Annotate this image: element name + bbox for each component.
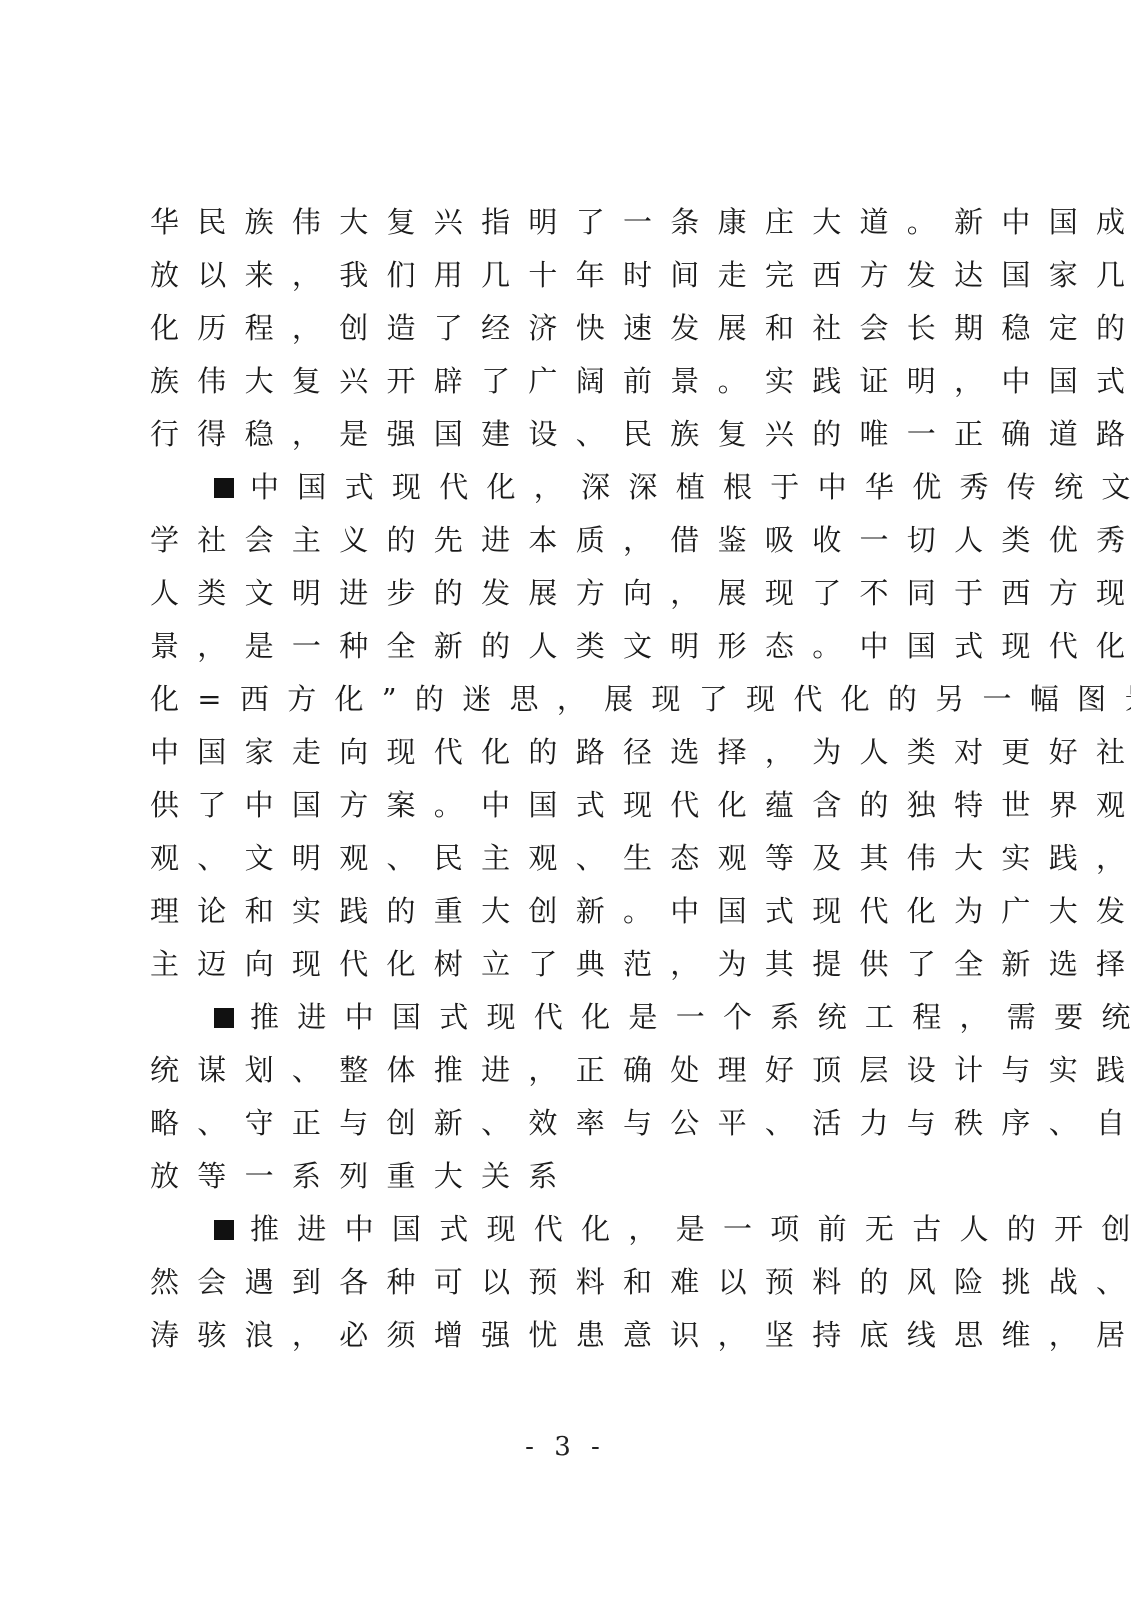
- black-square-icon: [214, 1220, 234, 1240]
- text-line: 族伟大复兴开辟了广阔前景。实践证明，中国式现代化走得通、: [150, 355, 972, 408]
- text-line-first: 中国式现代化，深深植根于中华优秀传统文化，体现科: [150, 461, 972, 514]
- text-line: 理论和实践的重大创新。中国式现代化为广大发展中国家独立自: [150, 885, 972, 938]
- text-line: 供了中国方案。中国式现代化蕴含的独特世界观、价值观、历史: [150, 779, 972, 832]
- text-line: 人类文明进步的发展方向，展现了不同于西方现代化模式的新图: [150, 567, 972, 620]
- page-number: - 3 -: [0, 1432, 1131, 1462]
- text-line: 中国家走向现代化的路径选择，为人类对更好社会制度的探索提: [150, 726, 972, 779]
- text-line: 放以来，我们用几十年时间走完西方发达国家几百年走过的工业: [150, 249, 972, 302]
- text-line: 放等一系列重大关系: [150, 1150, 972, 1203]
- text-line: 化历程，创造了经济快速发展和社会长期稳定的奇迹，为中华民: [150, 302, 972, 355]
- text-line: 然会遇到各种可以预料和难以预料的风险挑战、艰难险阻甚至惊: [150, 1256, 972, 1309]
- paragraph-3: 推进中国式现代化是一个系统工程，需要统筹兼顾、系 统谋划、整体推进，正确处理好顶…: [150, 991, 972, 1203]
- text-line: 中国式现代化，深深植根于中华优秀传统文化，体现科: [250, 470, 1131, 504]
- text-line: 略、守正与创新、效率与公平、活力与秩序、自立自强与对外开: [150, 1097, 972, 1150]
- text-line: 学社会主义的先进本质，借鉴吸收一切人类优秀文明成果，代表: [150, 514, 972, 567]
- black-square-icon: [214, 1008, 234, 1028]
- text-line-first: 推进中国式现代化是一个系统工程，需要统筹兼顾、系: [150, 991, 972, 1044]
- paragraph-2: 中国式现代化，深深植根于中华优秀传统文化，体现科 学社会主义的先进本质，借鉴吸收…: [150, 461, 972, 991]
- text-line: 主迈向现代化树立了典范，为其提供了全新选择: [150, 938, 972, 991]
- text-line: 推进中国式现代化是一个系统工程，需要统筹兼顾、系: [250, 1000, 1131, 1034]
- body-text: 华民族伟大复兴指明了一条康庄大道。新中国成立特别是改革开 放以来，我们用几十年时…: [150, 196, 972, 1362]
- text-line: 行得稳，是强国建设、民族复兴的唯一正确道路: [150, 408, 972, 461]
- text-line: 统谋划、整体推进，正确处理好顶层设计与实践探索、战略与策: [150, 1044, 972, 1097]
- paragraph-4: 推进中国式现代化，是一项前无古人的开创性事业，必 然会遇到各种可以预料和难以预料…: [150, 1203, 972, 1362]
- text-line: 观、文明观、民主观、生态观等及其伟大实践，是对世界现代化: [150, 832, 972, 885]
- text-line: 化=西方化”的迷思，展现了现代化的另一幅图景，拓展了发展: [150, 673, 972, 726]
- text-line: 推进中国式现代化，是一项前无古人的开创性事业，必: [250, 1212, 1131, 1246]
- text-line: 华民族伟大复兴指明了一条康庄大道。新中国成立特别是改革开: [150, 196, 972, 249]
- document-page: 华民族伟大复兴指明了一条康庄大道。新中国成立特别是改革开 放以来，我们用几十年时…: [0, 0, 1131, 1600]
- text-line: 涛骇浪，必须增强忧患意识，坚持底线思维，居安思危、未雨绸: [150, 1309, 972, 1362]
- black-square-icon: [214, 478, 234, 498]
- text-line-first: 推进中国式现代化，是一项前无古人的开创性事业，必: [150, 1203, 972, 1256]
- text-line: 景，是一种全新的人类文明形态。中国式现代化，打破了“现代: [150, 620, 972, 673]
- paragraph-1: 华民族伟大复兴指明了一条康庄大道。新中国成立特别是改革开 放以来，我们用几十年时…: [150, 196, 972, 461]
